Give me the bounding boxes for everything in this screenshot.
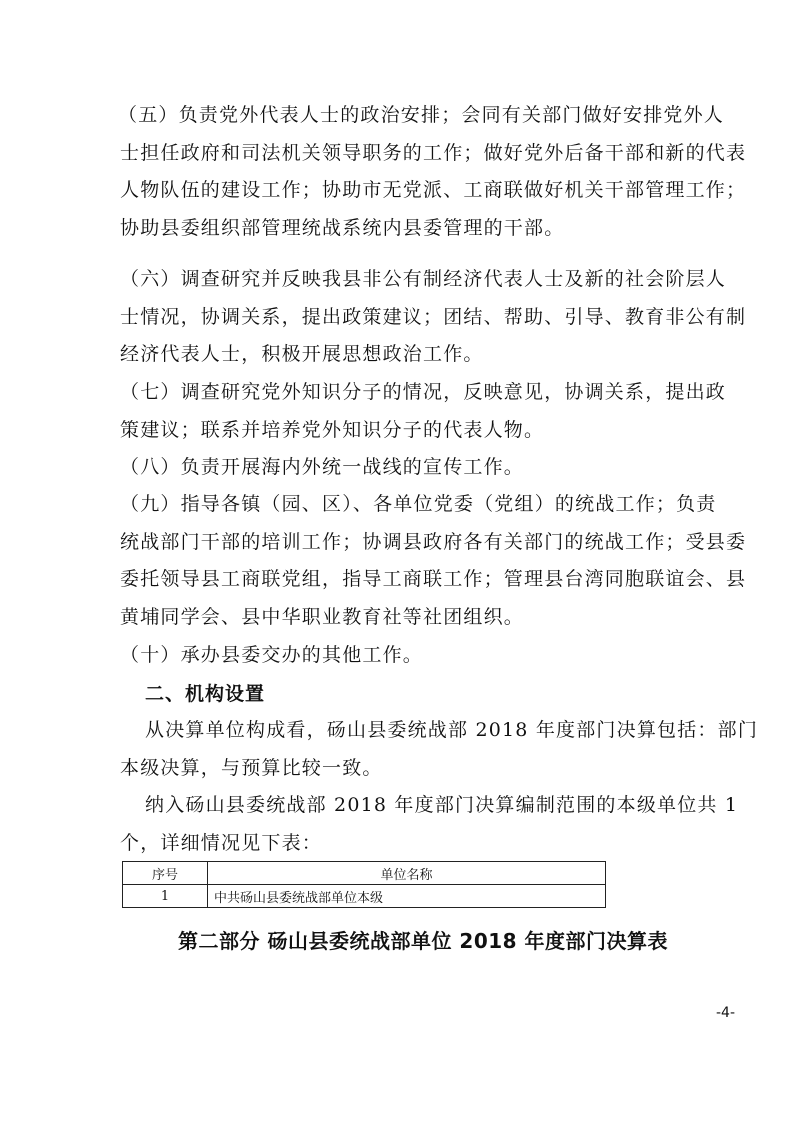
text-line: 人物队伍的建设工作；协助市无党派、工商联做好机关干部管理工作； bbox=[120, 172, 680, 210]
section-paragraph-composition: 从决算单位构成看，砀山县委统战部 2018 年度部门决算包括：部门 本级决算，与… bbox=[120, 712, 680, 787]
text-line: 士情况，协调关系，提出政策建议；团结、帮助、引导、教育非公有制 bbox=[120, 299, 680, 337]
column-header-index: 序号 bbox=[123, 862, 208, 885]
text-line: 经济代表人士，积极开展思想政治工作。 bbox=[120, 336, 680, 374]
units-table: 序号 单位名称 1 中共砀山县委统战部单位本级 bbox=[122, 861, 606, 908]
text-line: 从决算单位构成看，砀山县委统战部 2018 年度部门决算包括：部门 bbox=[120, 712, 680, 750]
text-line: 本级决算，与预算比较一致。 bbox=[120, 750, 680, 788]
text-line: 协助县委组织部管理统战系统内县委管理的干部。 bbox=[120, 210, 680, 248]
paragraph-item-10: （十）承办县委交办的其他工作。 bbox=[120, 637, 680, 675]
table-row: 1 中共砀山县委统战部单位本级 bbox=[123, 885, 606, 908]
column-header-unit-name: 单位名称 bbox=[208, 862, 606, 885]
cell-index: 1 bbox=[123, 885, 208, 908]
text-line: 委托领导县工商联党组，指导工商联工作；管理县台湾同胞联谊会、县 bbox=[120, 561, 680, 599]
text-line: （八）负责开展海内外统一战线的宣传工作。 bbox=[120, 449, 680, 487]
text-line: 个，详细情况见下表： bbox=[120, 825, 680, 863]
paragraph-item-6: （六）调查研究并反映我县非公有制经济代表人士及新的社会阶层人 士情况，协调关系，… bbox=[120, 261, 680, 374]
cell-unit-name: 中共砀山县委统战部单位本级 bbox=[208, 885, 606, 908]
text-line: （七）调查研究党外知识分子的情况，反映意见，协调关系，提出政 bbox=[120, 374, 680, 412]
text-line: 统战部门干部的培训工作；协调县政府各有关部门的统战工作；受县委 bbox=[120, 524, 680, 562]
section-paragraph-scope: 纳入砀山县委统战部 2018 年度部门决算编制范围的本级单位共 1 个，详细情况… bbox=[120, 787, 680, 862]
paragraph-item-7: （七）调查研究党外知识分子的情况，反映意见，协调关系，提出政 策建议；联系并培养… bbox=[120, 374, 680, 449]
part-title: 第二部分 砀山县委统战部单位 2018 年度部门决算表 bbox=[178, 925, 668, 954]
text-line: （九）指导各镇（园、区）、各单位党委（党组）的统战工作；负责 bbox=[120, 486, 680, 524]
table-header-row: 序号 单位名称 bbox=[123, 862, 606, 885]
paragraph-item-9: （九）指导各镇（园、区）、各单位党委（党组）的统战工作；负责 统战部门干部的培训… bbox=[120, 486, 680, 636]
section-heading: 二、机构设置 bbox=[145, 679, 265, 706]
paragraph-item-8: （八）负责开展海内外统一战线的宣传工作。 bbox=[120, 449, 680, 487]
page-number: -4- bbox=[716, 1005, 735, 1021]
text-line: 士担任政府和司法机关领导职务的工作；做好党外后备干部和新的代表 bbox=[120, 135, 680, 173]
paragraph-item-5: （五）负责党外代表人士的政治安排；会同有关部门做好安排党外人 士担任政府和司法机… bbox=[120, 97, 680, 247]
text-line: 策建议；联系并培养党外知识分子的代表人物。 bbox=[120, 412, 680, 450]
text-line: （十）承办县委交办的其他工作。 bbox=[120, 637, 680, 675]
text-line: 黄埔同学会、县中华职业教育社等社团组织。 bbox=[120, 599, 680, 637]
text-line: （六）调查研究并反映我县非公有制经济代表人士及新的社会阶层人 bbox=[120, 261, 680, 299]
text-line: 纳入砀山县委统战部 2018 年度部门决算编制范围的本级单位共 1 bbox=[120, 787, 680, 825]
text-line: （五）负责党外代表人士的政治安排；会同有关部门做好安排党外人 bbox=[120, 97, 680, 135]
